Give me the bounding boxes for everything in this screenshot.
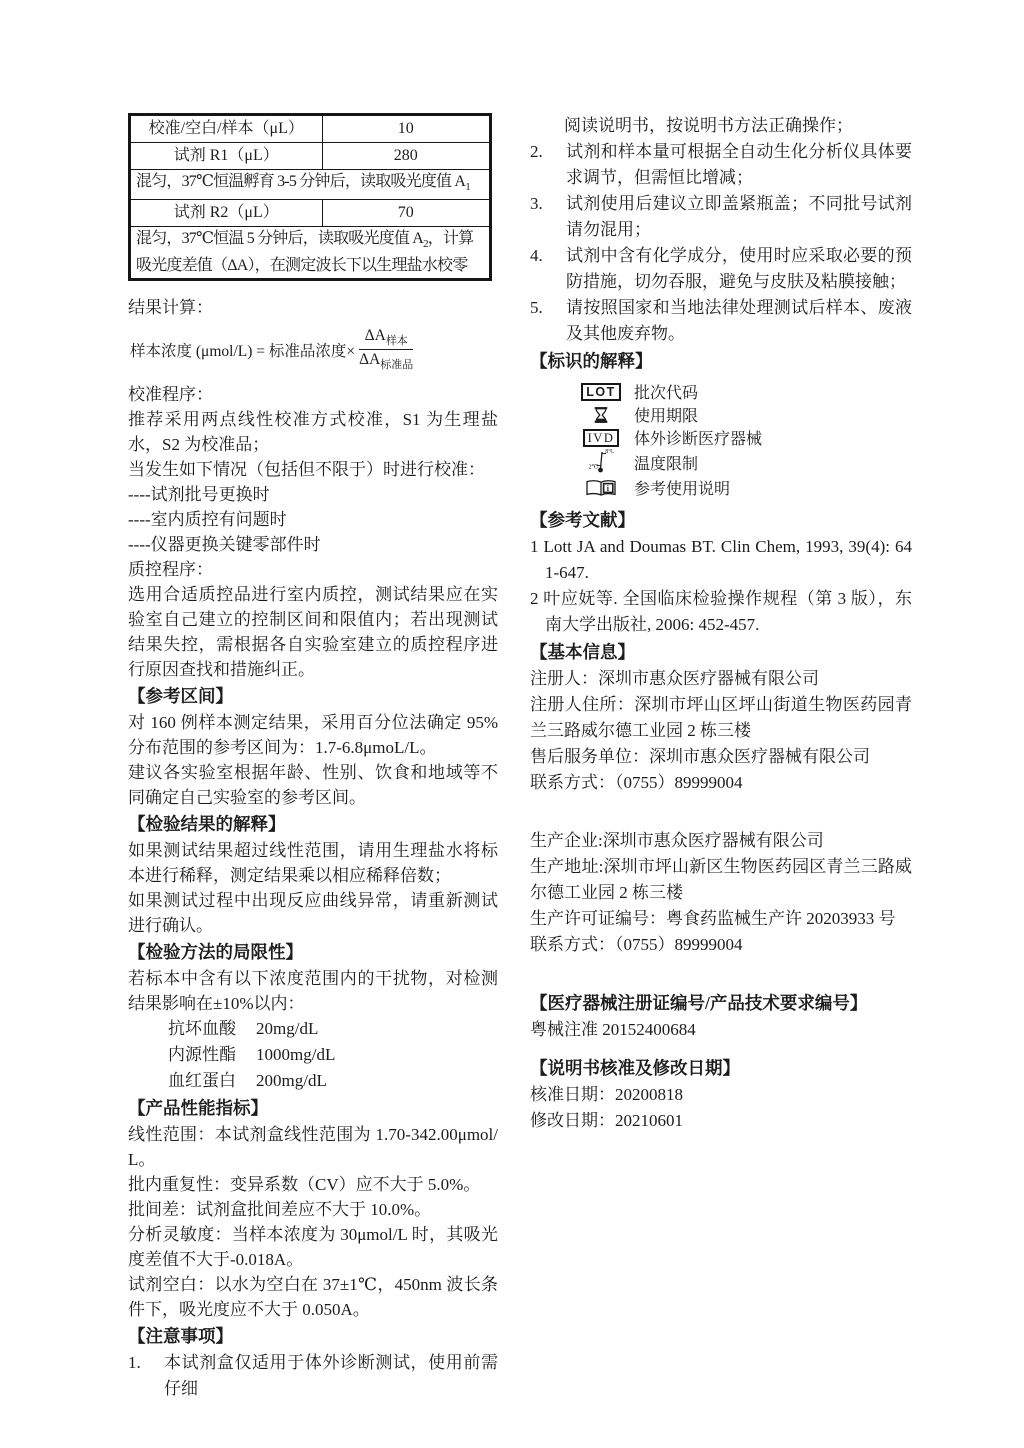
item-number: 5. [530,295,566,347]
paragraph: 建议各实验室根据年龄、性别、饮食和地域等不同确定自己实验室的参考区间。 [128,760,498,810]
step-text: 混匀，37℃恒温孵育 3-5 分钟后，读取吸光度值 A [136,173,465,190]
paragraph: 试剂空白：以水为空白在 37±1℃，450nm 波长条件下，吸光度应不大于 0.… [128,1272,498,1322]
approval-date-line: 核准日期：20200818 [530,1082,912,1108]
symbol-row: 8℃ 2℃ 温度限制 [568,449,912,476]
paragraph: 批内重复性：变异系数（CV）应不大于 5.0%。 [128,1172,498,1197]
item-text: 试剂使用后建议立即盖紧瓶盖；不同批号试剂请勿混用； [566,191,912,243]
section-heading-limitations: 【检验方法的局限性】 [128,939,498,965]
item-text: 请按照国家和当地法律处理测试后样本、废液及其他废弃物。 [566,295,912,347]
formula-numerator: ΔA样本 [359,327,413,350]
paragraph: 如果测试过程中出现反应曲线异常，请重新测试进行确认。 [128,888,498,938]
numbered-item: 5. 请按照国家和当地法律处理测试后样本、废液及其他废弃物。 [530,295,912,347]
right-column: 阅读说明书，按说明书方法正确操作； 2. 试剂和样本量可根据全自动生化分析仪具体… [530,113,912,1134]
table-cell-label: 试剂 R1（μL） [130,143,323,170]
item-text: 本试剂盒仅适用于体外诊断测试，使用前需仔细 [164,1350,498,1402]
symbol-label: 参考使用说明 [634,476,730,499]
hourglass-icon [592,406,610,424]
formula-lhs: 样本浓度 (μmol/L) = 标准品浓度× [130,339,355,361]
paragraph: 若标本中含有以下浓度范围内的干扰物，对检测结果影响在±10%以内： [128,966,498,1016]
item-number: 4. [530,243,566,295]
paragraph: 批间差：试剂盒批间差应不大于 10.0%。 [128,1197,498,1222]
reference-entry: 2 叶应妩等. 全国临床检验操作规程（第 3 版），东南大学出版社, 2006:… [530,586,912,638]
contact-line: 联系方式：（0755）89999004 [530,770,912,796]
section-heading-basic-info: 【基本信息】 [530,639,912,665]
result-formula: 样本浓度 (μmol/L) = 标准品浓度× ΔA样本 ΔA标准品 [130,327,498,372]
item-number: 3. [530,191,566,243]
bullet-line: ----试剂批号更换时 [128,482,498,507]
temperature-limit-icon: 8℃ 2℃ [588,449,614,476]
after-sales-line: 售后服务单位：深圳市惠众医疗器械有限公司 [530,744,912,770]
absorbance-subscript: 1 [465,181,470,193]
symbol-label: 温度限制 [634,451,698,474]
symbol-icon-cell: i [568,478,634,498]
item-text: 试剂和样本量可根据全自动生化分析仪具体要求调节，但需恒比增减； [566,139,912,191]
symbol-label: 批次代码 [634,380,698,403]
section-heading-references: 【参考文献】 [530,507,912,533]
table-cell-value: 70 [322,200,491,227]
table-cell-full: 混匀，37℃恒温 5 分钟后，读取吸光度值 A2，计算吸光度差值（ΔA），在测定… [130,227,491,280]
section-heading-result-interpretation: 【检验结果的解释】 [128,811,498,837]
formula-denominator: ΔA标准品 [359,350,413,372]
numbered-item: 1. 本试剂盒仅适用于体外诊断测试，使用前需仔细 [128,1350,498,1402]
interferent-value: 20mg/dL [256,1016,318,1042]
paragraph: 选用合适质控品进行室内质控，测试结果应在实验室自己建立的控制区间和限值内；若出现… [128,582,498,682]
interferent-row: 血红蛋白200mg/dL [168,1068,498,1094]
table-row: 校准/空白/样本（μL） 10 [130,115,491,143]
result-calculation-title: 结果计算： [128,295,498,320]
symbol-row: LOT 批次代码 [568,380,912,403]
item-text: 试剂中含有化学成分，使用时应采取必要的预防措施，切勿吞服，避免与皮肤及粘膜接触； [566,243,912,295]
registrant-address-line: 注册人住所：深圳市坪山区坪山街道生物医药园青兰三路威尔德工业园 2 栋三楼 [530,692,912,744]
numbered-item: 4. 试剂中含有化学成分，使用时应采取必要的预防措施，切勿吞服，避免与皮肤及粘膜… [530,243,912,295]
table-row: 试剂 R2（μL） 70 [130,200,491,227]
numbered-item: 2. 试剂和样本量可根据全自动生化分析仪具体要求调节，但需恒比增减； [530,139,912,191]
symbol-icon-cell [568,406,634,424]
lot-icon: LOT [581,383,621,401]
manufacturer-block: 生产企业:深圳市惠众医疗器械有限公司 生产地址:深圳市坪山新区生物医药园区青兰三… [530,828,912,958]
table-cell-label: 试剂 R2（μL） [130,200,323,227]
section-heading-symbols: 【标识的解释】 [530,348,912,374]
instruction-sheet-page: 校准/空白/样本（μL） 10 试剂 R1（μL） 280 混匀，37℃恒温孵育… [0,0,1024,1448]
section-heading-dates: 【说明书核准及修改日期】 [530,1055,912,1081]
delta-a: ΔA [359,351,380,368]
bullet-line: ----仪器更换关键零部件时 [128,532,498,557]
section-heading-performance: 【产品性能指标】 [128,1095,498,1121]
contact-line: 联系方式：（0755）89999004 [530,932,912,958]
revision-date-line: 修改日期：20210601 [530,1108,912,1134]
numbered-item: 3. 试剂使用后建议立即盖紧瓶盖；不同批号试剂请勿混用； [530,191,912,243]
denominator-subscript: 标准品 [380,360,413,372]
manufacturer-address-line: 生产地址:深圳市坪山新区生物医药园区青兰三路威尔德工业园 2 栋三楼 [530,854,912,906]
registration-number: 粤械注准 20152400684 [530,1017,912,1043]
symbols-list: LOT 批次代码 使用期限 IVD 体外诊断医疗器械 [568,380,912,499]
interferent-row: 抗坏血酸20mg/dL [168,1016,498,1042]
symbol-icon-cell: LOT [568,383,634,401]
ivd-icon: IVD [583,429,620,447]
paragraph: 线性范围：本试剂盒线性范围为 1.70-342.00μmol/L。 [128,1122,498,1172]
interferent-value: 200mg/dL [256,1068,327,1094]
paragraph: 如果测试结果超过线性范围，请用生理盐水将标本进行稀释，测定结果乘以相应稀释倍数； [128,838,498,888]
table-row: 混匀，37℃恒温 5 分钟后，读取吸光度值 A2，计算吸光度差值（ΔA），在测定… [130,227,491,280]
section-heading-reference-interval: 【参考区间】 [128,683,498,709]
paragraph: 当发生如下情况（包括但不限于）时进行校准： [128,457,498,482]
temp-low-label: 2℃ [589,464,599,471]
step-text: 混匀，37℃恒温 5 分钟后，读取吸光度值 A [136,230,423,247]
paragraph: 推荐采用两点线性校准方式校准，S1 为生理盐水，S2 为校准品； [128,407,498,457]
item-number: 1. [128,1350,164,1402]
symbol-row: i 参考使用说明 [568,476,912,499]
item-continuation: 阅读说明书，按说明书方法正确操作； [530,113,912,139]
paragraph: 对 160 例样本测定结果，采用百分位法确定 95%分布范围的参考区间为：1.7… [128,710,498,760]
section-heading-precautions: 【注意事项】 [128,1323,498,1349]
table-cell-value: 10 [322,115,491,143]
symbol-icon-cell: IVD [568,429,634,447]
symbol-label: 体外诊断医疗器械 [634,426,762,449]
item-number: 2. [530,139,566,191]
numerator-subscript: 样本 [386,335,408,347]
paragraph: 分析灵敏度：当样本浓度为 30μmol/L 时，其吸光度差值不大于-0.018A… [128,1222,498,1272]
temp-high-label: 8℃ [605,449,614,455]
production-license-line: 生产许可证编号：粤食药监械生产许 20203933 号 [530,906,912,932]
table-cell-value: 280 [322,143,491,170]
symbol-row: 使用期限 [568,403,912,426]
symbol-row: IVD 体外诊断医疗器械 [568,426,912,449]
consult-instructions-icon: i [585,478,617,498]
table-cell-label: 校准/空白/样本（μL） [130,115,323,143]
section-heading-registration: 【医疗器械注册证编号/产品技术要求编号】 [530,990,912,1016]
calibration-title: 校准程序： [128,382,498,407]
symbol-icon-cell: 8℃ 2℃ [568,449,634,476]
manufacturer-line: 生产企业:深圳市惠众医疗器械有限公司 [530,828,912,854]
registrant-line: 注册人：深圳市惠众医疗器械有限公司 [530,666,912,692]
table-row: 试剂 R1（μL） 280 [130,143,491,170]
info-glyph: i [607,483,610,492]
interferent-row: 内源性酯1000mg/dL [168,1042,498,1068]
reference-entry: 1 Lott JA and Doumas BT. Clin Chem, 1993… [530,534,912,586]
interferent-value: 1000mg/dL [256,1042,335,1068]
table-row: 混匀，37℃恒温孵育 3-5 分钟后，读取吸光度值 A1 [130,170,491,200]
interferent-name: 抗坏血酸 [168,1016,256,1042]
qc-title: 质控程序： [128,557,498,582]
delta-a: ΔA [365,327,386,344]
left-column: 校准/空白/样本（μL） 10 试剂 R1（μL） 280 混匀，37℃恒温孵育… [128,113,498,1402]
symbol-label: 使用期限 [634,403,698,426]
bullet-line: ----室内质控有问题时 [128,507,498,532]
table-cell-full: 混匀，37℃恒温孵育 3-5 分钟后，读取吸光度值 A1 [130,170,491,200]
interferent-name: 血红蛋白 [168,1068,256,1094]
interferent-name: 内源性酯 [168,1042,256,1068]
formula-fraction: ΔA样本 ΔA标准品 [359,327,413,372]
procedure-table: 校准/空白/样本（μL） 10 试剂 R1（μL） 280 混匀，37℃恒温孵育… [128,113,492,281]
